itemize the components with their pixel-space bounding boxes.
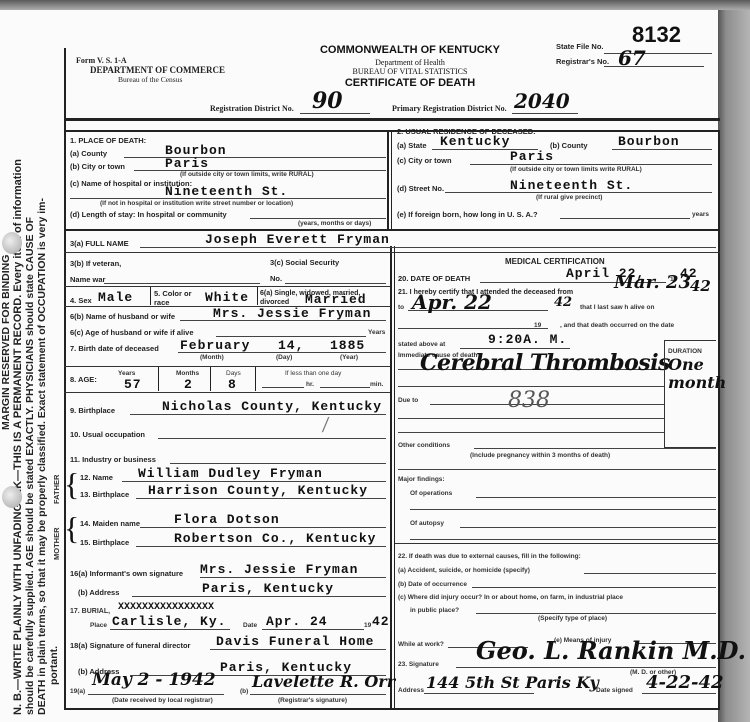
pod-city-value: Paris xyxy=(165,156,209,171)
full-name-line xyxy=(140,247,716,248)
min-line xyxy=(320,387,370,388)
year-note: (Year) xyxy=(340,354,358,361)
burial-place-value: Carlisle, Ky. xyxy=(112,614,226,629)
spouse-value: Mrs. Jessie Fryman xyxy=(213,306,371,321)
primary-district-number: 2040 xyxy=(514,89,570,113)
operations-label: Of operations xyxy=(410,490,452,497)
attended-from-value: Mar. 23 xyxy=(614,272,691,293)
place-of-death-title: 1. PLACE OF DEATH: xyxy=(70,136,146,145)
mother-side-label: MOTHER xyxy=(52,528,61,561)
row-rule-findings xyxy=(395,543,720,544)
other-conditions-line xyxy=(474,448,716,449)
date-signed-label: Date signed xyxy=(596,687,633,694)
sex-divider xyxy=(150,287,151,305)
margin-note-2: should be carefully supplied. AGE should… xyxy=(24,217,36,715)
physician-sig-line xyxy=(456,667,716,668)
while-at-work-label: While at work? xyxy=(398,641,444,648)
due-to-mark: 838 xyxy=(508,388,550,413)
mother-name-line xyxy=(140,527,386,528)
primary-district-label: Primary Registration District No. xyxy=(392,104,507,113)
registrar-number: 67 xyxy=(618,46,646,70)
ss-no-label: No. xyxy=(270,274,282,283)
physician-signature: Geo. L. Rankin M.D. xyxy=(476,636,746,665)
stated-above-label: stated above at xyxy=(398,341,445,348)
color-value: White xyxy=(205,290,249,305)
father-side-label: FATHER xyxy=(52,475,61,504)
state-file-label: State File No. xyxy=(556,42,604,51)
registrar-sig-note: (Registrar's signature) xyxy=(278,697,347,704)
autopsy-line xyxy=(460,527,716,528)
day-note: (Day) xyxy=(276,354,292,361)
burial-label: 17. BURIAL, xyxy=(70,608,110,615)
industry-label: 11. Industry or business xyxy=(70,455,156,464)
mother-birthplace-line xyxy=(136,546,386,547)
autopsy-line-2 xyxy=(410,539,716,540)
pod-hospital-note: (If not in hospital or institution write… xyxy=(100,200,293,207)
immediate-cause-line-2 xyxy=(398,386,664,387)
row-rule-name xyxy=(64,252,720,253)
res-state-value: Kentucky xyxy=(440,134,510,149)
other-conditions-label: Other conditions xyxy=(398,442,450,449)
section-divider-h1 xyxy=(64,229,720,231)
physician-address-value: 144 5th St Paris Ky xyxy=(426,673,599,692)
color-divider xyxy=(257,287,258,305)
sex-value: Male xyxy=(98,290,133,305)
dept-health: Department of Health xyxy=(290,58,530,67)
informant-address-value: Paris, Kentucky xyxy=(202,581,334,596)
res-foreign-line xyxy=(560,218,690,219)
row-rule-birth xyxy=(64,366,390,367)
spouse-age-line xyxy=(216,336,366,337)
occurrence-label: (b) Date of occurrence xyxy=(398,581,467,588)
res-street-value: Nineteenth St. xyxy=(510,178,633,193)
pod-hospital-value: Nineteenth St. xyxy=(165,184,288,199)
father-name-value: William Dudley Fryman xyxy=(138,466,323,481)
row-rule-vet xyxy=(64,286,390,287)
mother-name-value: Flora Dotson xyxy=(174,512,280,527)
physician-address-label: Address xyxy=(398,687,424,694)
birth-year-value: 1885 xyxy=(330,338,365,353)
duration-value: One month xyxy=(668,356,716,392)
res-county-line xyxy=(612,149,712,150)
date-signed-line xyxy=(642,693,716,694)
burial-date-value: Apr. 24 xyxy=(266,614,328,629)
age-div-1 xyxy=(158,367,159,391)
pod-stay-line xyxy=(250,218,386,219)
accident-label: (a) Accident, suicide, or homicide (spec… xyxy=(398,567,530,574)
registrar-sig-label: (b) xyxy=(240,688,248,695)
res-state-label: (a) State xyxy=(397,141,427,150)
punch-hole-upper xyxy=(2,232,22,254)
duration-label: DURATION xyxy=(668,348,702,355)
public-place-line xyxy=(476,613,716,614)
last-saw-line xyxy=(398,328,548,329)
punch-hole-lower xyxy=(2,486,22,508)
pod-county-line xyxy=(124,157,386,158)
age-months-value: 2 xyxy=(184,377,193,392)
age-years-label: Years xyxy=(118,370,135,377)
public-place-label: in public place? xyxy=(410,607,459,614)
place-type-note: (Specify type of place) xyxy=(538,615,607,622)
age-months-label: Months xyxy=(176,370,199,377)
occupation-label: 10. Usual occupation xyxy=(70,430,145,439)
reg-district-number: 90 xyxy=(312,88,343,114)
ss-no-line xyxy=(285,283,386,284)
war-line xyxy=(104,283,260,284)
res-city-label: (c) City or town xyxy=(397,156,452,165)
hr-label: hr. xyxy=(306,381,314,388)
pod-county-label: (a) County xyxy=(70,149,107,158)
min-label: min. xyxy=(370,381,383,388)
due-to-line-3 xyxy=(398,432,664,433)
autopsy-label: Of autopsy xyxy=(410,520,444,527)
date-signed-value: 4-22-42 xyxy=(646,672,724,693)
stated-above-line xyxy=(460,348,570,349)
mother-birthplace-value: Robertson Co., Kentucky xyxy=(174,531,376,546)
section-divider-main xyxy=(390,246,392,710)
pod-stay-label: (d) Length of stay: In hospital or commu… xyxy=(70,210,227,219)
operations-line-2 xyxy=(410,509,716,510)
attended-to-label: to xyxy=(398,304,404,311)
age-days-label: Days xyxy=(226,370,241,377)
burial-date-label: Date xyxy=(243,622,257,629)
marital-value: Married xyxy=(305,292,367,307)
res-foreign-label: (e) If foreign born, how long in U. S. A… xyxy=(397,210,538,219)
veteran-label: 3(b) If veteran, xyxy=(70,259,121,268)
registrar-date-line xyxy=(88,694,224,695)
full-name-label: 3(a) FULL NAME xyxy=(70,239,129,248)
medical-cert-title: MEDICAL CERTIFICATION xyxy=(505,257,605,266)
occurrence-line xyxy=(472,587,716,588)
section-divider-main-2 xyxy=(394,246,395,710)
res-city-value: Paris xyxy=(510,149,554,164)
due-to-line-2 xyxy=(398,418,664,419)
hr-line xyxy=(262,387,304,388)
res-county-value: Bourbon xyxy=(618,134,680,149)
informant-address-line xyxy=(132,596,386,597)
other-conditions-note: (Include pregnancy within 3 months of de… xyxy=(470,452,610,459)
spouse-age-unit: Years xyxy=(368,329,385,336)
state-file-number: 8132 xyxy=(632,22,681,48)
informant-sig-label: 16(a) Informant's own signature xyxy=(70,569,183,578)
age-days-value: 8 xyxy=(228,377,237,392)
occupation-line xyxy=(158,438,386,439)
full-name-value: Joseph Everett Fryman xyxy=(205,232,390,247)
father-birthplace-label: 13. Birthplace xyxy=(80,490,129,499)
age-div-3 xyxy=(255,367,256,391)
war-label: Name war xyxy=(70,275,105,284)
accident-line xyxy=(584,573,716,574)
birthplace-label: 9. Birthplace xyxy=(70,406,115,415)
registrar-sig-line xyxy=(250,694,386,695)
registrar-date-label: 19(a) xyxy=(70,688,85,695)
res-city-note: (If outside city or town limits write RU… xyxy=(510,166,642,173)
spouse-age-label: 6(c) Age of husband or wife if alive xyxy=(70,328,194,337)
header-divider xyxy=(64,118,720,121)
registrar-no-label: Registrar's No. xyxy=(556,57,609,66)
month-note: (Month) xyxy=(200,354,224,361)
birth-day-value: 14, xyxy=(278,338,304,353)
attended-from-year: 42 xyxy=(690,277,711,295)
bureau-census: Bureau of the Census xyxy=(118,75,182,84)
last-saw-text: that I last saw h alive on xyxy=(580,304,654,311)
funeral-sig-label: 18(a) Signature of funeral director xyxy=(70,641,190,650)
burial-struck-text: XXXXXXXXXXXXXXXX xyxy=(118,602,214,613)
where-injury-label: (c) Where did injury occur? In or about … xyxy=(398,594,623,601)
registrar-signature: Lavelette R. Orr xyxy=(252,672,395,691)
informant-signature: Mrs. Jessie Fryman xyxy=(200,562,358,577)
dept-commerce: DEPARTMENT OF COMMERCE xyxy=(90,65,225,75)
birth-month-value: February xyxy=(180,338,250,353)
father-name-label: 12. Name xyxy=(80,473,113,482)
mother-birthplace-label: 15. Birthplace xyxy=(80,538,129,547)
mother-brace: { xyxy=(64,512,79,544)
physician-sig-label: 23. Signature xyxy=(398,661,439,668)
row-rule-age xyxy=(64,392,390,393)
primary-district-line xyxy=(512,113,578,114)
res-city-line xyxy=(470,164,712,165)
mother-name-label: 14. Maiden name xyxy=(80,519,140,528)
burial-year-value: 42 xyxy=(372,614,390,629)
occurred-year-prefix: 19 xyxy=(534,322,541,329)
physician-address-line xyxy=(424,693,534,694)
burial-place-line xyxy=(110,629,230,630)
immediate-cause-value: Cerebral Thrombosis xyxy=(420,350,670,376)
attended-to-value: Apr. 22 xyxy=(412,290,492,314)
burial-year-prefix: 19 xyxy=(364,622,371,629)
birth-date-label: 7. Birth date of deceased xyxy=(70,344,159,353)
informant-address-label: (b) Address xyxy=(78,588,119,597)
color-label: 5. Color or race xyxy=(154,289,198,307)
funeral-sig-line xyxy=(210,649,386,650)
pod-city-note: (If outside city or town limits, write R… xyxy=(180,171,314,178)
ss-label: 3(c) Social Security xyxy=(270,258,339,267)
father-birthplace-line xyxy=(136,498,386,499)
less-day-label: If less than one day xyxy=(285,370,341,377)
father-brace: { xyxy=(64,468,79,500)
death-date-label: 20. DATE OF DEATH xyxy=(398,274,470,283)
pod-city-label: (b) City or town xyxy=(70,162,125,171)
pod-stay-note: (years, months or days) xyxy=(298,220,371,227)
age-label: 8. AGE: xyxy=(70,375,97,384)
spouse-label: 6(b) Name of husband or wife xyxy=(70,312,175,321)
industry-line xyxy=(170,463,386,464)
birthplace-value: Nicholas County, Kentucky xyxy=(162,399,382,414)
reg-district-label: Registration District No. xyxy=(210,104,294,113)
funeral-director-value: Davis Funeral Home xyxy=(216,634,374,649)
scan-right-edge xyxy=(718,10,750,722)
age-years-value: 57 xyxy=(124,377,142,392)
res-street-label: (d) Street No. xyxy=(397,184,444,193)
form-id: Form V. S. 1-A xyxy=(76,56,127,65)
other-conditions-line-2 xyxy=(398,469,716,470)
margin-note-3: DEATH in plain terms, so that it may be … xyxy=(36,198,48,715)
operations-line xyxy=(476,497,716,498)
father-name-line xyxy=(122,481,386,482)
external-causes-label: 22. If death was due to external causes,… xyxy=(398,553,581,560)
father-birthplace-value: Harrison County, Kentucky xyxy=(148,483,368,498)
res-foreign-unit: years xyxy=(692,211,709,218)
burial-date-line xyxy=(262,629,364,630)
major-findings-label: Major findings: xyxy=(398,476,445,483)
res-street-note: (If rural give precinct) xyxy=(536,194,602,201)
registrar-date-note: (Date received by local registrar) xyxy=(112,697,213,704)
section-divider-top xyxy=(387,130,389,230)
attended-to-year: 42 xyxy=(554,295,572,310)
commonwealth-title: COMMONWEALTH OF KENTUCKY xyxy=(290,44,530,56)
age-div-2 xyxy=(210,367,211,391)
res-county-label: (b) County xyxy=(550,141,588,150)
bureau-vital: BUREAU OF VITAL STATISTICS xyxy=(290,67,530,76)
margin-note-4: portant. xyxy=(48,646,60,685)
due-to-label: Due to xyxy=(398,397,418,404)
informant-sig-line xyxy=(200,577,386,578)
sex-label: 4. Sex xyxy=(70,296,92,305)
section-divider-top-2 xyxy=(391,130,392,230)
birthplace-line xyxy=(130,414,386,415)
time-of-death-value: 9:20A. M. xyxy=(488,332,567,347)
registrar-date-value: May 2 - 1942 xyxy=(92,670,216,690)
margin-binding-label: MARGIN RESERVED FOR BINDING xyxy=(0,255,12,430)
burial-place-label: Place xyxy=(90,622,107,629)
occurred-text: , and that death occurred on the date xyxy=(560,322,674,329)
